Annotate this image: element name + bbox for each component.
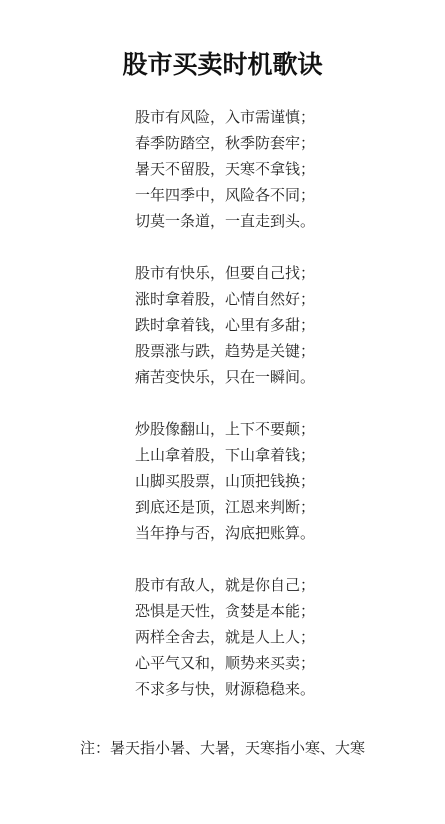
poem-line: 涨时拿着股，心情自然好； [135,286,435,312]
poem-body: 股市有风险，入市需谨慎； 春季防踏空，秋季防套牢； 暑天不留股，天寒不拿钱； 一… [135,104,435,702]
poem-line: 痛苦变快乐，只在一瞬间。 [135,364,435,390]
poem-line: 一年四季中，风险各不同； [135,182,435,208]
poem-line: 心平气又和，顺势来买卖； [135,650,435,676]
poem-line: 股票涨与跌，趋势是关键； [135,338,435,364]
poem-line: 股市有快乐，但要自己找； [135,260,435,286]
poem-line: 到底还是顶，江恩来判断； [135,494,435,520]
stanza-divider [135,234,435,260]
stanza-divider [135,390,435,416]
poem-line: 暑天不留股，天寒不拿钱； [135,156,435,182]
poem-line: 上山拿着股，下山拿着钱； [135,442,435,468]
poem-line: 股市有风险，入市需谨慎； [135,104,435,130]
stanza-divider [135,546,435,572]
poem-line: 跌时拿着钱，心里有多甜； [135,312,435,338]
footnote: 注：暑天指小暑、大暑，天寒指小寒、大寒 [0,736,445,760]
poem-line: 当年挣与否，沟底把账算。 [135,520,435,546]
poem-line: 山脚买股票，山顶把钱换； [135,468,435,494]
poem-line: 不求多与快，财源稳稳来。 [135,676,435,702]
stanza-2: 股市有快乐，但要自己找； 涨时拿着股，心情自然好； 跌时拿着钱，心里有多甜； 股… [135,260,435,390]
page-title: 股市买卖时机歌诀 [0,48,445,82]
poem-line: 春季防踏空，秋季防套牢； [135,130,435,156]
poem-line: 炒股像翻山，上下不要颠； [135,416,435,442]
poem-line: 股市有敌人，就是你自己； [135,572,435,598]
poem-line: 切莫一条道，一直走到头。 [135,208,435,234]
stanza-3: 炒股像翻山，上下不要颠； 上山拿着股，下山拿着钱； 山脚买股票，山顶把钱换； 到… [135,416,435,546]
poem-line: 恐惧是天性，贪婪是本能； [135,598,435,624]
stanza-1: 股市有风险，入市需谨慎； 春季防踏空，秋季防套牢； 暑天不留股，天寒不拿钱； 一… [135,104,435,234]
poem-line: 两样全舍去，就是人上人； [135,624,435,650]
stanza-4: 股市有敌人，就是你自己； 恐惧是天性，贪婪是本能； 两样全舍去，就是人上人； 心… [135,572,435,702]
